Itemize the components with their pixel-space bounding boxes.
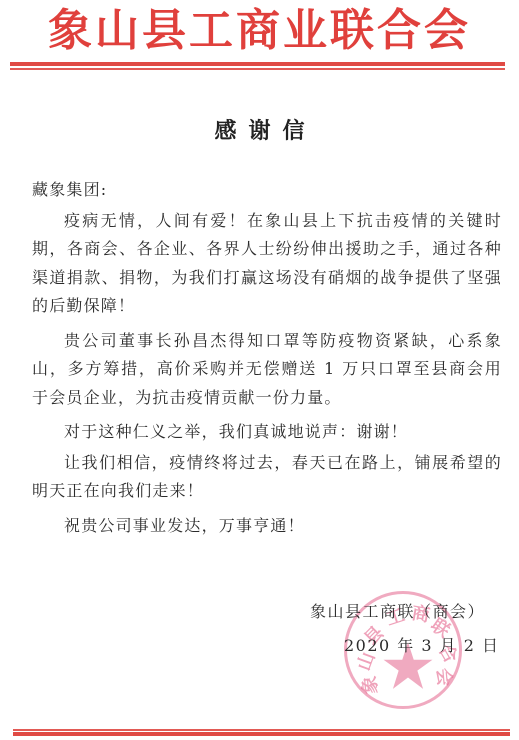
signature-block: 象山县工商联（商会） 2020 年 3 月 2 日: [310, 598, 500, 660]
footer-rule-thin: [13, 729, 510, 731]
letterhead-title: 象山县工商业联合会: [0, 6, 519, 56]
paragraph-5: 祝贵公司事业发达，万事亨通！: [32, 512, 502, 541]
seal-text-char: 会: [431, 667, 458, 687]
signature-organization: 象山县工商联（商会）: [310, 602, 485, 621]
seal-text-char: 象: [355, 675, 382, 695]
paragraph-3: 对于这种仁义之举，我们真诚地说声：谢谢！: [32, 418, 502, 447]
recipient-greeting: 藏象集团:: [32, 176, 502, 205]
letterhead-rule-thin: [10, 68, 505, 70]
paragraph-1: 疫病无情，人间有爱！在象山县上下抗击疫情的关键时期，各商会、各企业、各界人士纷纷…: [32, 207, 502, 321]
paragraph-2: 贵公司董事长孙昌杰得知口罩等防疫物资紧缺，心系象山，多方筹措，高价采购并无偿赠送…: [32, 327, 502, 413]
footer-rule-thick: [13, 732, 510, 736]
letter-body: 藏象集团: 疫病无情，人间有爱！在象山县上下抗击疫情的关键时期，各商会、各企业、…: [32, 176, 502, 546]
paragraph-4: 让我们相信，疫情终将过去，春天已在路上，铺展希望的明天正在向我们走来！: [32, 449, 502, 506]
signature-date: 2020 年 3 月 2 日: [310, 632, 500, 660]
letterhead-rule-thick: [10, 62, 505, 66]
document-title: 感谢信: [0, 114, 519, 145]
